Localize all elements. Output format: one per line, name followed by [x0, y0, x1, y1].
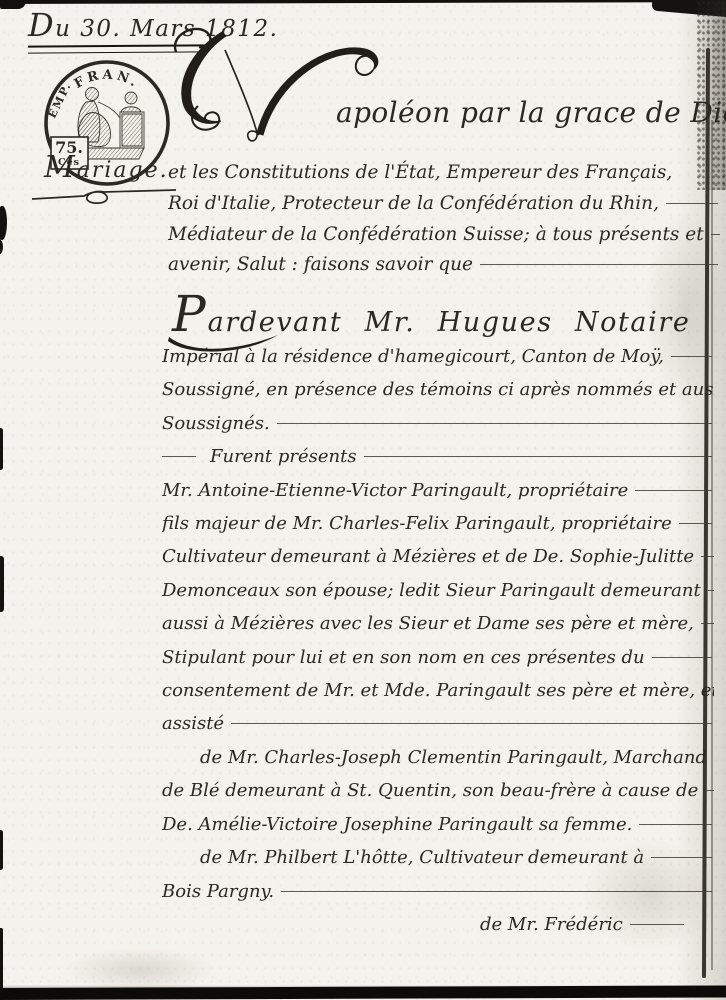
manuscript-line: Furent présents — [162, 440, 714, 473]
manuscript-line: de Mr. Charles-Joseph Clementin Paringau… — [162, 741, 714, 774]
trailing-rule — [671, 356, 712, 357]
scan-edge-bottom — [0, 985, 726, 1000]
manuscript-line: Soussignés. — [162, 407, 714, 440]
trailing-rule — [281, 891, 712, 892]
ink-blot — [0, 240, 3, 254]
trailing-rule — [701, 556, 714, 557]
trailing-rule — [701, 623, 714, 624]
manuscript-line: Stipulant pour lui et en son nom en ces … — [162, 641, 714, 674]
flourish-underline — [30, 181, 180, 211]
trailing-rule — [651, 857, 712, 858]
manuscript-line: Médiateur de la Confédération Suisse; à … — [168, 220, 720, 251]
ink-blot — [0, 428, 3, 470]
manuscript-page: Du 30. Mars 1812. FRAN. EMP. — [0, 0, 726, 1000]
manuscript-line: de Mr. Philbert L'hôtte, Cultivateur dem… — [162, 841, 714, 874]
trailing-rule — [679, 523, 712, 524]
manuscript-line: Cultivateur demeurant à Mézières et de D… — [162, 540, 714, 573]
act-body: Impérial à la résidence d'hamegicourt, C… — [162, 340, 714, 941]
manuscript-line: fils majeur de Mr. Charles-Felix Paringa… — [162, 507, 714, 540]
royal-title: apoléon par la grace de Dieu — [336, 96, 726, 129]
manuscript-line: assisté — [162, 707, 714, 740]
trailing-rule — [639, 824, 712, 825]
royal-preamble: et les Constitutions de l'État, Empereur… — [168, 158, 720, 281]
manuscript-line: de Blé demeurant à St. Quentin, son beau… — [162, 774, 714, 807]
manuscript-line: aussi à Mézières avec les Sieur et Dame … — [162, 607, 714, 640]
trailing-rule — [364, 456, 712, 457]
manuscript-line: Mr. Antoine-Etienne-Victor Paringault, p… — [162, 474, 714, 507]
stamp-country-text: FRAN. — [72, 68, 143, 92]
manuscript-line: et les Constitutions de l'État, Empereur… — [168, 158, 720, 189]
svg-text:FRAN.: FRAN. — [72, 68, 143, 92]
trailing-rule — [711, 234, 720, 235]
manuscript-line: Bois Pargny. — [162, 875, 714, 908]
margin-label-block: Mariage. — [44, 150, 180, 215]
trailing-rule — [231, 723, 712, 724]
margin-label: Mariage. — [44, 150, 180, 185]
trailing-rule — [652, 657, 712, 658]
manuscript-line: Demonceaux son épouse; ledit Sieur Parin… — [162, 574, 714, 607]
scan-edge-top — [0, 0, 726, 4]
manuscript-line: avenir, Salut : faisons savoir que — [168, 250, 720, 281]
manuscript-line: Impérial à la résidence d'hamegicourt, C… — [162, 340, 714, 373]
manuscript-line: Roi d'Italie, Protecteur de la Confédéra… — [168, 189, 720, 220]
trailing-rule — [480, 264, 718, 265]
trailing-rule — [666, 203, 718, 204]
trailing-rule — [630, 924, 684, 925]
scan-edge-corner — [0, 0, 26, 9]
trailing-rule — [635, 490, 712, 491]
leading-dash — [162, 456, 196, 457]
ink-blot — [0, 830, 3, 870]
manuscript-line: de Mr. Frédéric — [162, 908, 714, 941]
trailing-rule — [705, 790, 714, 791]
manuscript-line: De. Amélie-Victoire Josephine Paringault… — [162, 808, 714, 841]
trailing-rule — [708, 590, 714, 591]
ink-blot — [0, 206, 7, 240]
ink-blot — [0, 556, 4, 612]
trailing-rule — [277, 423, 712, 424]
manuscript-line: Soussigné, en présence des témoins ci ap… — [162, 373, 714, 406]
manuscript-line: consentement de Mr. et Mde. Paringault s… — [162, 674, 714, 707]
